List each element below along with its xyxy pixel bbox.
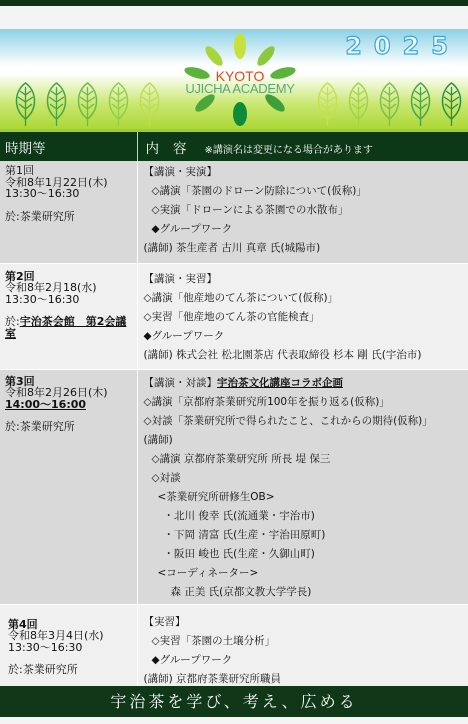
session-place: 於:茶業研究所 [5,421,137,433]
place-link[interactable]: 宇治茶会館 第2会議室 [5,315,126,340]
session-place: 於:茶業研究所 [5,211,137,223]
content-coordinator: 森 正美 氏(京都文教大学学長) [144,585,468,604]
top-gap [0,6,468,29]
content-coordinator-label: <コーディネーター> [144,566,468,585]
session-3-content: 【講演・対談】宇治茶文化講座コラボ企画 ◇講演「京都府茶業研究所100年を振り返… [137,369,468,604]
session-date: 令和8年2月26日(木) [5,387,137,399]
content-ob-member: ・北川 俊幸 氏(流通業・宇治市) [144,509,468,528]
content-lecture: ◇講演「他産地のてん茶について(仮称)」 [144,291,468,310]
leaf-icon [314,81,341,127]
content-practice: ◇実習「他産地のてん茶の官能検査」 [144,310,468,329]
leaf-icon [376,81,403,127]
session-4-period: 第4回 令和8年3月4日(水) 13:30～16:30 於:茶業研究所 [0,604,137,693]
footer-slogan: 宇治茶を学び、考え、広める [0,686,468,717]
header-content: 内容※講演名は変更になる場合があります [137,132,468,161]
content-dialogue: ◇対談「茶業研究所で得られたこと、これからの期待(仮称)」 [144,414,468,433]
table-row-session-3: 第3回 令和8年2月26日(木) 14:00～16:00 於:茶業研究所 【講演… [0,369,468,604]
session-2-content: 【講演・実習】 ◇講演「他産地のてん茶について(仮称)」 ◇実習「他産地のてん茶… [137,263,468,369]
content-ob-member: ・下岡 清富 氏(生産・宇治田原町) [144,528,468,547]
header-note: ※講演名は変更になる場合があります [205,145,373,156]
leaf-icon [407,81,434,127]
leaf-icon [105,81,132,127]
content-instructor: (講師) 茶生産者 古川 真章 氏(城陽市) [144,241,468,260]
content-lecturer: ◇講演 京都府茶業研究所 所長 堤 保三 [144,452,468,471]
leaf-icon [74,81,101,127]
content-ob-member: ・阪田 峻也 氏(生産・久御山町) [144,547,468,566]
session-2-period: 第2回 令和8年2月18(水) 13:30～16:30 於:宇治茶会館 第2会議… [0,263,137,369]
session-1-period: 第1回 令和8年1月22日(木) 13:30～16:30 於:茶業研究所 [0,161,137,263]
academy-logo: KYOTO UJICHA ACADEMY [170,31,310,129]
session-4-content: 【実習】 ◇実習「茶園の土壌分析」 ◆グループワーク (講師) 京都府茶業研究所… [137,604,468,693]
content-groupwork: ◆グループワーク [144,222,468,241]
table-row-session-1: 第1回 令和8年1月22日(木) 13:30～16:30 於:茶業研究所 【講演… [0,161,468,263]
leaf-icon [12,81,39,127]
table-row-session-2: 第2回 令和8年2月18(水) 13:30～16:30 於:宇治茶会館 第2会議… [0,263,468,369]
content-ob-label: <茶業研究所研修生OB> [144,490,468,509]
content-instructor-label: (講師) [144,433,468,452]
leaf-row-right [314,81,465,127]
session-no: 第1回 [5,165,137,177]
content-practice: ◇実習「茶園の土壌分析」 [144,634,468,653]
content-category: 【実習】 [144,615,468,634]
footer-gap [0,717,468,724]
session-date: 令和8年2月18(水) [5,282,137,294]
header-period: 時期等 [0,132,137,161]
content-demo: ◇実演「ドローンによる茶園での水散布」 [144,203,468,222]
session-time: 14:00～16:00 [5,399,137,411]
session-date: 令和8年3月4日(水) [8,630,137,642]
leaf-icon [136,81,163,127]
table-header-row: 時期等 内容※講演名は変更になる場合があります [0,132,468,161]
content-instructor: (講師) 株式会社 松北園茶店 代表取締役 杉本 剛 氏(宇治市) [144,348,468,367]
session-place: 於:茶業研究所 [8,664,137,676]
content-category: 【講演・実習】 [144,272,468,291]
schedule-table: 時期等 内容※講演名は変更になる場合があります 第1回 令和8年1月22日(木)… [0,132,468,694]
content-category: 【講演・実演】 [144,165,468,184]
session-place: 於:宇治茶会館 第2会議室 [5,316,137,339]
content-groupwork: ◆グループワーク [144,329,468,348]
logo-ujicha-text: UJICHA ACADEMY [166,81,314,96]
year-label: 2025 [345,32,460,60]
session-time: 13:30～16:30 [5,294,137,306]
content-groupwork: ◆グループワーク [144,653,468,672]
leaf-icon [438,81,465,127]
leaf-icon [43,81,70,127]
content-category: 【講演・対談】宇治茶文化講座コラボ企画 [144,376,468,395]
session-time: 13:30～16:30 [5,188,137,200]
collab-link[interactable]: 宇治茶文化講座コラボ企画 [217,377,343,389]
table-row-session-4: 第4回 令和8年3月4日(水) 13:30～16:30 於:茶業研究所 【実習】… [0,604,468,693]
session-time: 13:30～16:30 [8,642,137,654]
leaf-icon [345,81,372,127]
content-lecture: ◇講演「茶園のドローン防除について(仮称)」 [144,184,468,203]
leaf-row-left [12,81,163,127]
content-dialogue-label: ◇対談 [144,471,468,490]
content-lecture: ◇講演「京都府茶業研究所100年を振り返る(仮称)」 [144,395,468,414]
academy-banner: KYOTO UJICHA ACADEMY 2025 [0,29,468,131]
header-content-label: 内容 [146,141,201,157]
session-3-period: 第3回 令和8年2月26日(木) 14:00～16:00 於:茶業研究所 [0,369,137,604]
session-1-content: 【講演・実演】 ◇講演「茶園のドローン防除について(仮称)」 ◇実演「ドローンに… [137,161,468,263]
